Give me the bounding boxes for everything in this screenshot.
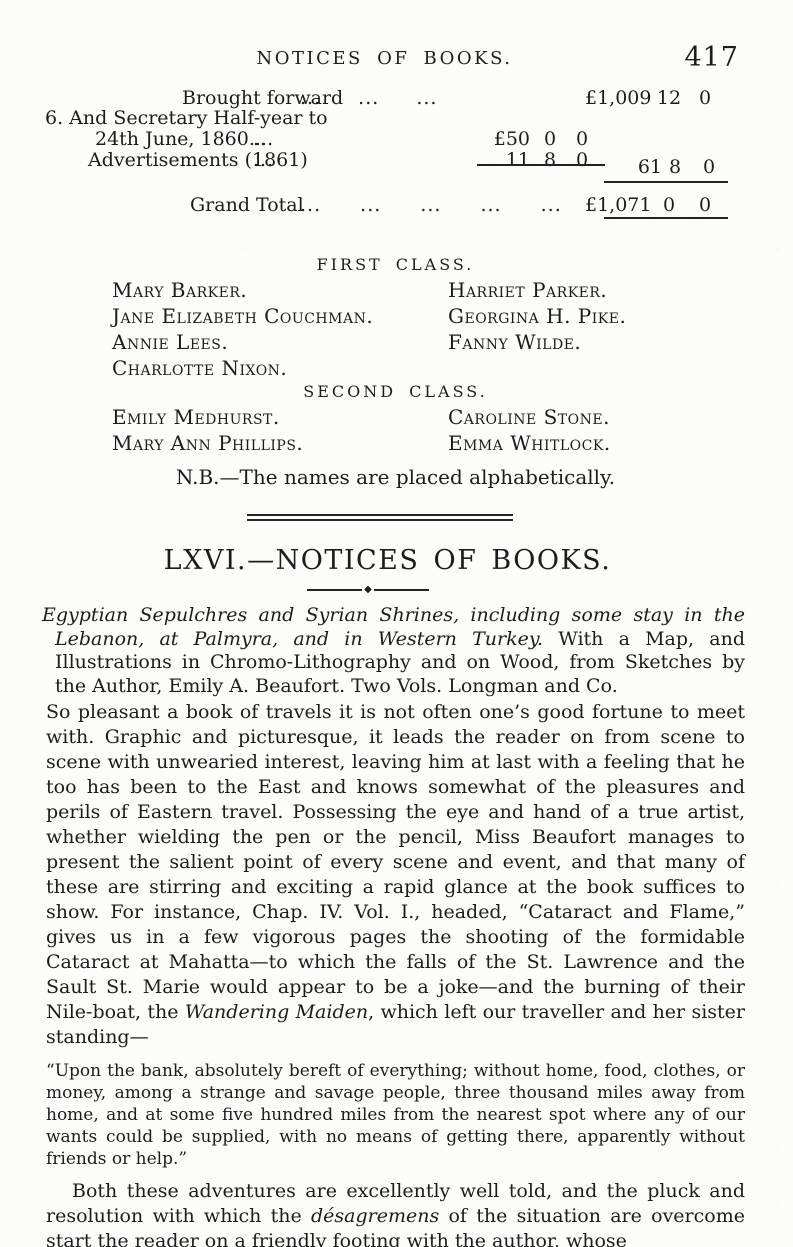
second-class-names: Emily Medhurst. Mary Ann Phillips. Carol… — [0, 404, 793, 456]
first-class-right-column: Harriet Parker. Georgina H. Pike. Fanny … — [448, 277, 626, 381]
running-header-title: NOTICES OF BOOKS. — [0, 0, 781, 69]
heading-ornament: ◆ — [307, 585, 429, 595]
block-quote: “Upon the bank, absolutely bereft of eve… — [46, 1060, 745, 1170]
name-entry: Annie Lees. — [112, 329, 442, 355]
name-entry: Caroline Stone. — [448, 404, 611, 430]
section-divider-rule — [247, 514, 513, 521]
account-row-june-label: 24th June, 1860... — [95, 128, 267, 150]
sum-rule — [477, 164, 605, 166]
amount-pence: 0 — [692, 194, 718, 216]
name-entry: Mary Barker. — [112, 277, 442, 303]
first-class-heading: FIRST CLASS. — [46, 255, 745, 274]
amount-shillings: 0 — [656, 194, 682, 216]
alphabetical-note: N.B.—The names are placed alphabetically… — [46, 465, 745, 489]
account-table: Brought forward ... ... ... £1,009 12 0 … — [0, 79, 793, 229]
amount-pence: 0 — [570, 149, 594, 171]
amount-pence: 0 — [570, 128, 594, 150]
name-entry: Charlotte Nixon. — [112, 355, 442, 381]
name-entry: Harriet Parker. — [448, 277, 626, 303]
leader-dots: ... — [253, 128, 274, 150]
name-entry: Mary Ann Phillips. — [112, 430, 442, 456]
amount-pence: 0 — [696, 156, 722, 178]
review-paragraph: Both these adventures are excellently we… — [46, 1179, 745, 1247]
first-class-left-column: Mary Barker. Jane Elizabeth Couchman. An… — [112, 277, 442, 381]
review-paragraph: So pleasant a book of travels it is not … — [46, 700, 745, 1050]
leader-dots: ... ... ... — [300, 87, 437, 109]
leader-dots: ... — [253, 149, 274, 171]
account-row-secretary-label: 6. And Secretary Half-year to — [45, 107, 328, 129]
article-heading: LXVI.—NOTICES OF BOOKS. — [30, 545, 745, 576]
ornament-line — [307, 589, 362, 591]
amount-shillings: 12 — [656, 87, 682, 109]
page-number: 417 — [684, 42, 739, 73]
amount-pounds: £1,071 — [585, 194, 647, 216]
amount-pounds: £1,009 — [585, 87, 647, 109]
account-row-advertisements-label: Advertisements (1861) — [88, 149, 308, 171]
name-entry: Emma Whitlock. — [448, 430, 611, 456]
amount-shillings: 8 — [662, 156, 688, 178]
sum-rule — [604, 217, 728, 219]
amount-pounds: 61 — [600, 156, 662, 178]
diamond-icon: ◆ — [362, 585, 374, 595]
account-row-grand-total-label: Grand Total — [190, 194, 304, 216]
scanned-book-page: NOTICES OF BOOKS. 417 Brought forward ..… — [0, 0, 793, 1247]
sum-rule — [604, 181, 728, 183]
second-class-left-column: Emily Medhurst. Mary Ann Phillips. — [112, 404, 442, 456]
book-citation: Egyptian Sepulchres and Syrian Shrines, … — [42, 604, 745, 698]
name-entry: Jane Elizabeth Couchman. — [112, 303, 442, 329]
name-entry: Fanny Wilde. — [448, 329, 626, 355]
amount-shillings: 8 — [538, 149, 562, 171]
name-entry: Emily Medhurst. — [112, 404, 442, 430]
first-class-names: Mary Barker. Jane Elizabeth Couchman. An… — [0, 277, 793, 381]
leader-dots: ... ... ... ... ... — [300, 194, 562, 216]
second-class-right-column: Caroline Stone. Emma Whitlock. — [448, 404, 611, 456]
amount-shillings: 0 — [538, 128, 562, 150]
amount-pence: 0 — [692, 87, 718, 109]
amount-pounds: £50 — [455, 128, 530, 150]
second-class-heading: SECOND CLASS. — [46, 382, 745, 401]
ornament-line — [374, 589, 429, 591]
name-entry: Georgina H. Pike. — [448, 303, 626, 329]
amount-pounds: 11 — [455, 149, 530, 171]
